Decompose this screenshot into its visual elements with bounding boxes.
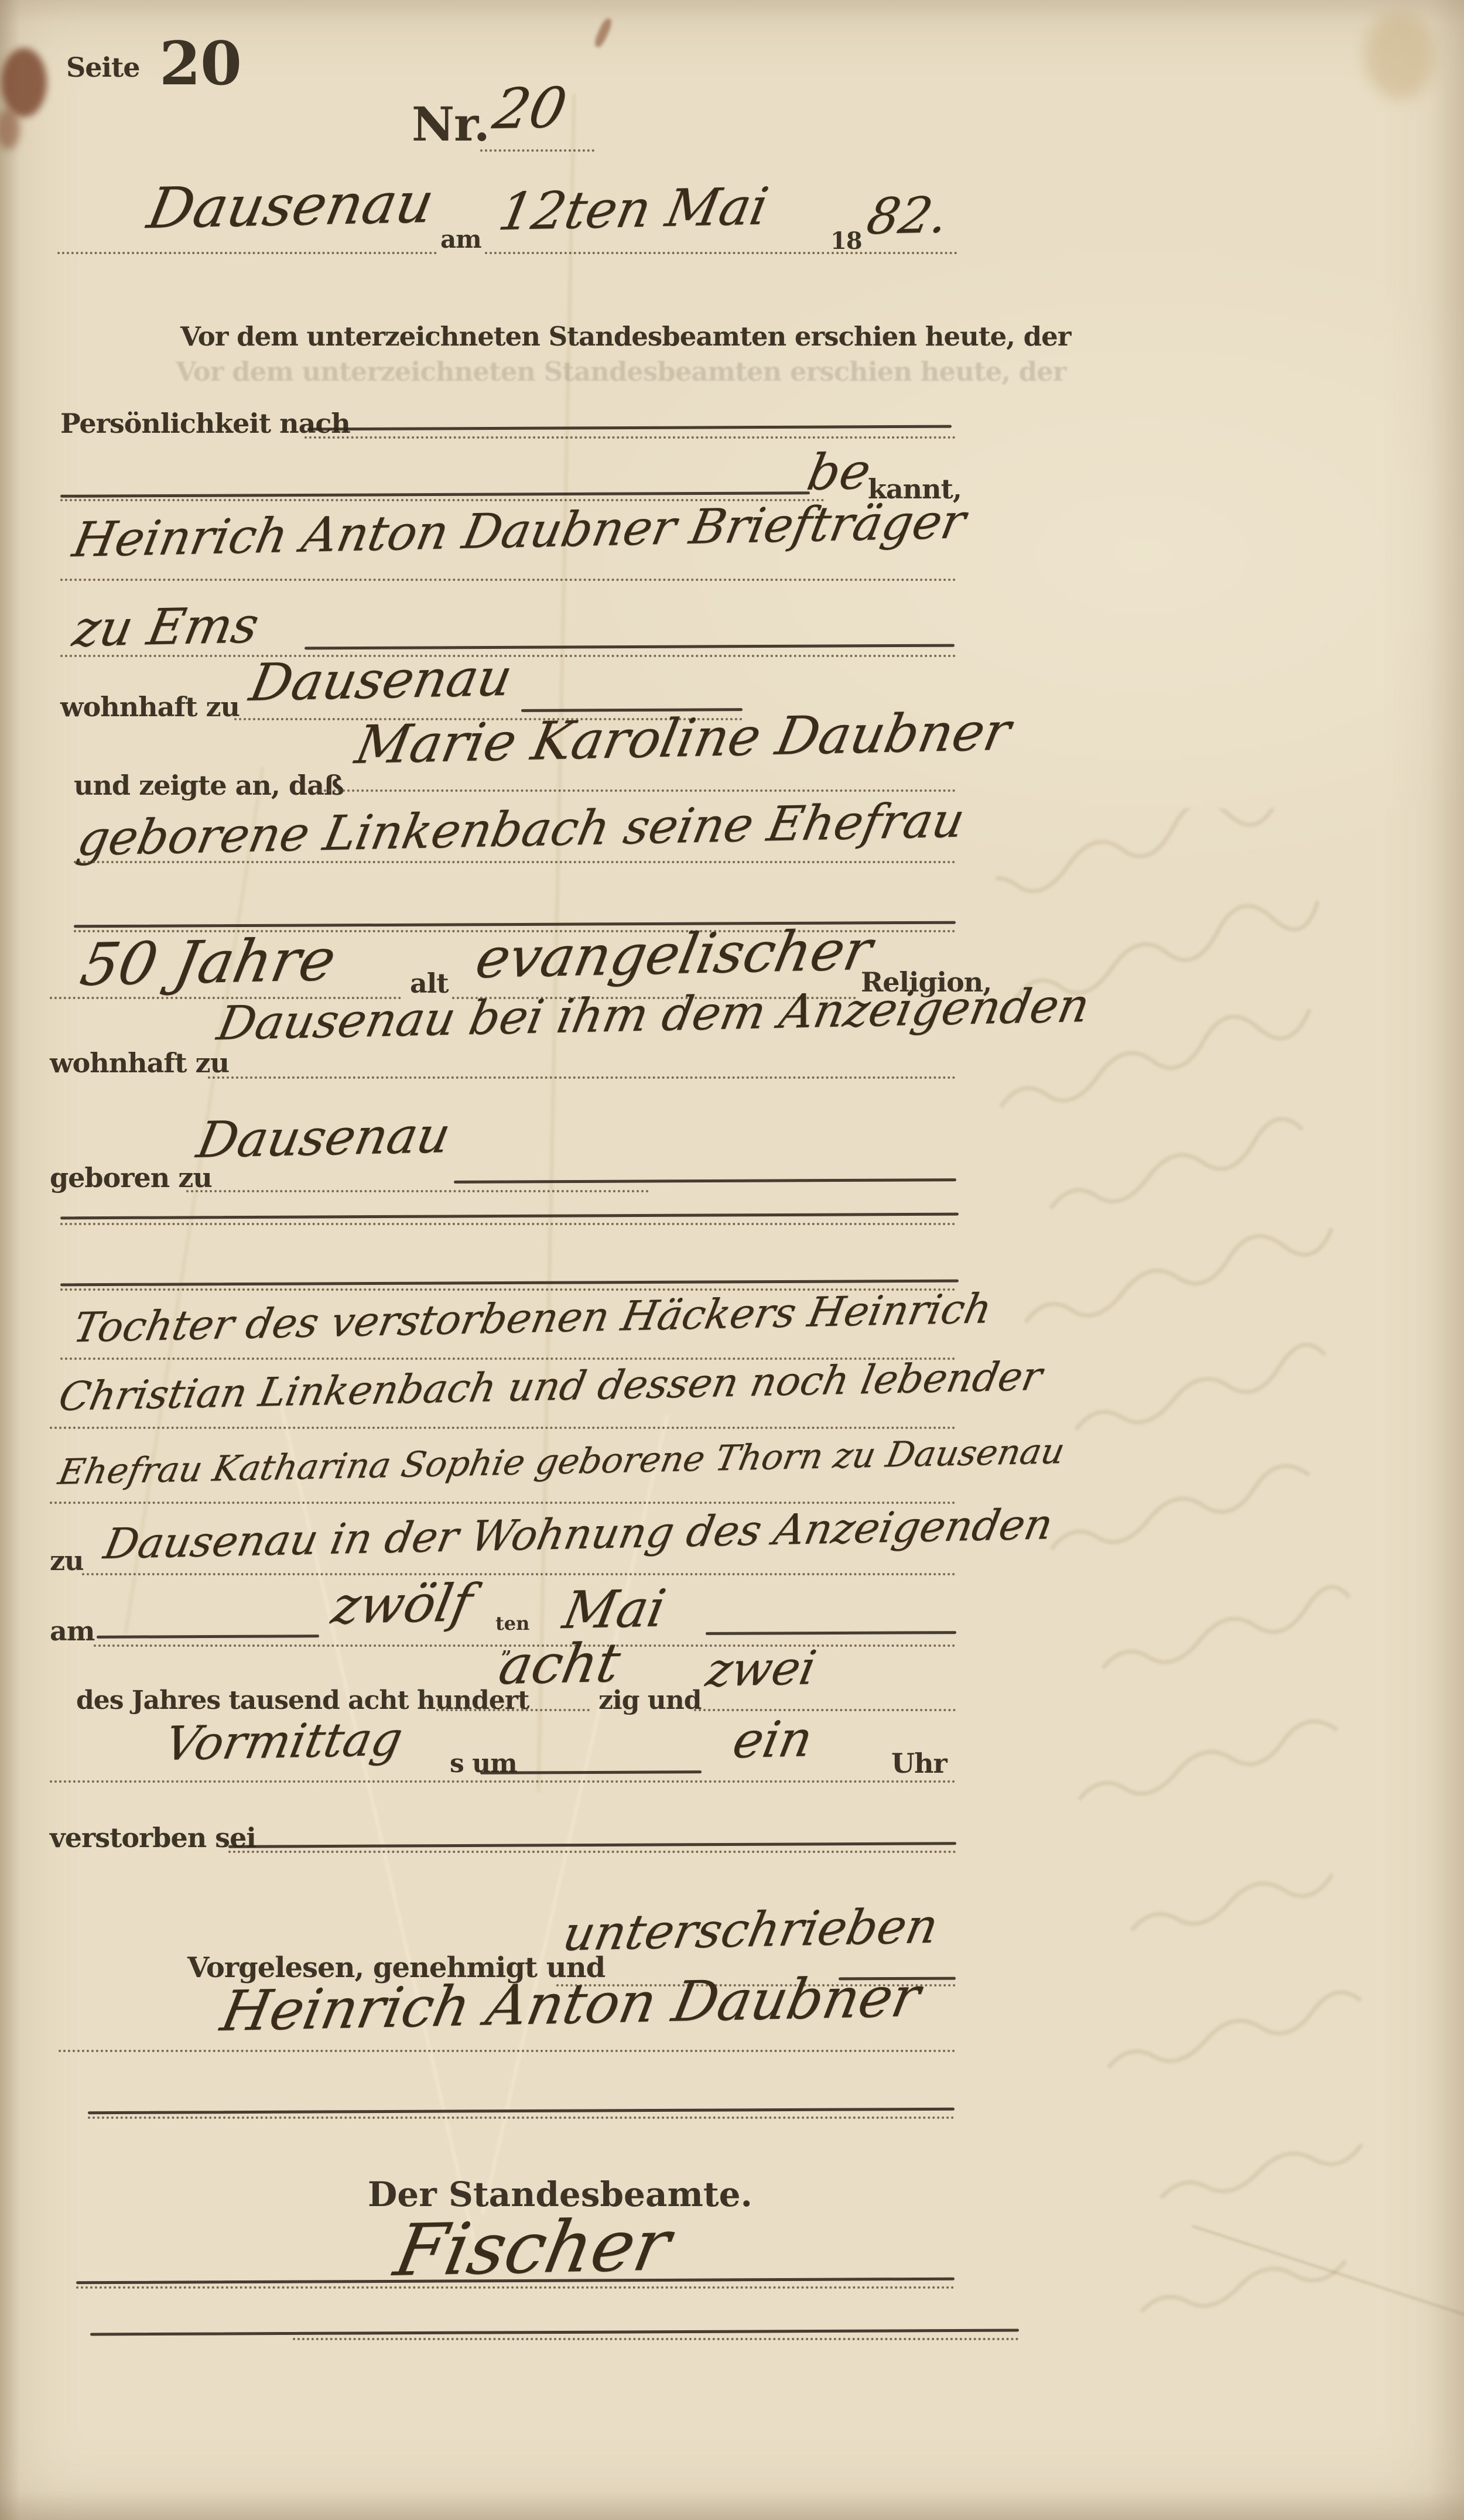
fill-rule xyxy=(60,1223,956,1225)
declarant-resident-label: wohnhaft zu xyxy=(60,693,240,720)
deceased-nee: geborene Linkenbach seine Ehefrau xyxy=(74,796,968,863)
ink-blot-stain xyxy=(1,48,47,117)
fill-rule xyxy=(88,2116,955,2119)
fill-rule xyxy=(485,252,825,254)
fill-rule xyxy=(293,2338,1019,2340)
fill-rule xyxy=(436,1709,590,1711)
death-daytime: Vormittag xyxy=(161,1716,406,1767)
deceased-birthplace: Dausenau xyxy=(193,1110,454,1165)
parentage-zu-label: zu xyxy=(50,1547,84,1574)
fill-rule xyxy=(827,252,957,254)
fill-rule xyxy=(59,2050,956,2052)
dateline-year-printed: 18 xyxy=(830,230,862,253)
identity-label: Persönlichkeit nach xyxy=(60,410,350,437)
dateline-am-label: am xyxy=(440,227,481,252)
death-year-tens: acht xyxy=(495,1636,624,1692)
pen-stroke xyxy=(97,1635,319,1639)
dateline-place: Dausenau xyxy=(143,175,438,237)
fill-rule xyxy=(228,1851,956,1853)
declarant-name: Heinrich Anton Daubner Briefträger xyxy=(69,498,969,565)
pen-stroke xyxy=(480,1770,702,1774)
signed-written: unterschrieben xyxy=(559,1903,942,1958)
pen-stroke xyxy=(307,425,952,431)
pen-stroke xyxy=(228,1842,956,1848)
pen-stroke xyxy=(454,1178,956,1184)
intro-line-ghost: Vor dem unterzeichneten Standesbeamten e… xyxy=(176,358,1066,385)
corner-streak-stain xyxy=(1364,12,1435,100)
dateline-year-written: 82. xyxy=(863,190,952,242)
registrar-signature: Fischer xyxy=(389,2209,676,2286)
pen-stroke xyxy=(88,2108,955,2114)
fill-rule xyxy=(208,1076,956,1079)
known-written: be xyxy=(803,447,874,498)
born-label: geboren zu xyxy=(50,1164,212,1191)
death-am-label: am xyxy=(50,1618,94,1644)
fill-rule xyxy=(305,436,956,439)
fill-rule xyxy=(74,861,956,863)
death-year-ones: zwei xyxy=(703,1644,820,1694)
fill-rule xyxy=(319,789,956,792)
fill-rule xyxy=(50,1780,956,1783)
small-smudge-stain xyxy=(593,17,614,49)
declarant-signature: Heinrich Anton Daubner xyxy=(217,1970,924,2040)
parentage-line1: Tochter des verstorbenen Häckers Heinric… xyxy=(70,1288,995,1348)
declarant-residence: Dausenau xyxy=(246,652,516,709)
intro-line: Vor dem unterzeichneten Standesbeamten e… xyxy=(180,323,1070,350)
pen-stroke xyxy=(706,1631,956,1635)
deceased-resident-label: wohnhaft zu xyxy=(50,1049,229,1076)
diagonal-crease-left xyxy=(125,767,264,1635)
pen-stroke xyxy=(60,491,810,498)
deceased-residence: Dausenau bei ihm dem Anzeigenden xyxy=(214,982,1093,1047)
page-label: Seite xyxy=(66,54,139,81)
uhr-label: Uhr xyxy=(891,1750,947,1777)
death-day-suffix: ten xyxy=(495,1614,529,1633)
reported-label: und zeigte an, daß xyxy=(74,772,344,799)
death-register-page: Seite 20 Nr. 20 Dausenau am 12ten Mai 18… xyxy=(0,0,1464,2520)
zig-und-label: zig und xyxy=(598,1688,702,1714)
parentage-line4: Dausenau in der Wohnung des Anzeigenden xyxy=(101,1503,1056,1565)
fill-rule xyxy=(694,1709,956,1711)
declarant-zu: zu Ems xyxy=(69,600,262,654)
deceased-age: 50 Jahre xyxy=(76,931,340,994)
pen-stroke xyxy=(90,2329,1019,2336)
parentage-line2: Christian Linkenbach und dessen noch leb… xyxy=(56,1357,1045,1417)
bleed-through-handwriting xyxy=(996,808,1452,2343)
page-number: 20 xyxy=(159,34,241,94)
death-hour: ein xyxy=(729,1714,816,1766)
death-day: zwölf xyxy=(328,1577,476,1632)
fill-rule xyxy=(480,149,594,152)
fill-rule xyxy=(50,1427,956,1429)
fill-rule xyxy=(76,2286,955,2289)
record-number-label: Nr. xyxy=(412,101,490,148)
deceased-name: Marie Karoline Daubner xyxy=(351,706,1015,772)
pen-stroke xyxy=(60,1280,959,1287)
died-label: verstorben sei xyxy=(50,1824,256,1851)
pen-stroke xyxy=(60,1213,959,1220)
parentage-line3: Ehefrau Katharina Sophie geborene Thorn … xyxy=(56,1434,1068,1490)
deceased-religion: evangelischer xyxy=(471,923,876,987)
dateline-date: 12ten Mai xyxy=(495,180,772,238)
fill-rule xyxy=(50,1502,956,1504)
fill-rule xyxy=(82,1573,956,1575)
death-month: Mai xyxy=(559,1582,669,1636)
fill-rule xyxy=(57,252,437,254)
fill-rule xyxy=(60,579,956,581)
fill-rule xyxy=(186,1190,649,1192)
record-number-value: 20 xyxy=(489,80,571,138)
